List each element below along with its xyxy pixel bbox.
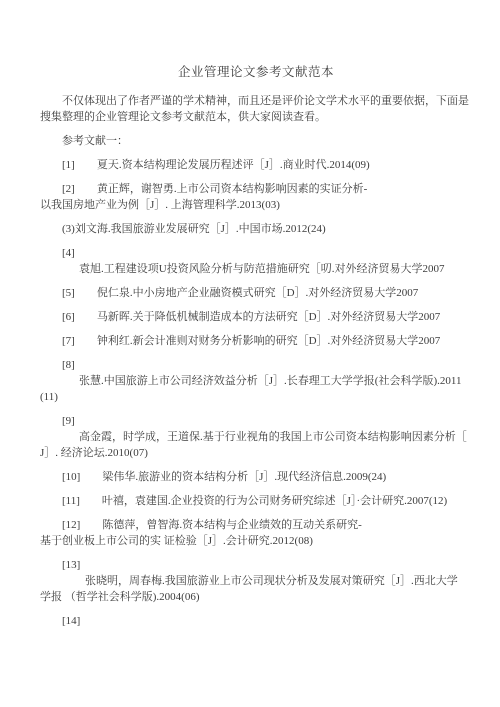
- reference-line: 以我国房地产业为例［J］. 上海管理科学.2013(03): [40, 197, 472, 213]
- reference-line: 张晓明，周春梅.我国旅游业上市公司现状分析及发展对策研究［J］.西北大学: [40, 573, 472, 589]
- reference-item: [10] 梁伟华.旅游业的资本结构分析［J］.现代经济信息.2009(24): [40, 469, 472, 485]
- intro-line: 不仅体现出了作者严谨的学术精神，而且还是评价论文学术水平的重要依据，下面是: [40, 93, 472, 109]
- reference-label: [13]: [40, 557, 472, 573]
- section-heading: 参考文献一：: [40, 133, 472, 149]
- reference-line: (3)刘文海.我国旅游业发展研究［J］.中国市场.2012(24): [40, 221, 472, 237]
- reference-line: [1] 夏天.资本结构理论发展历程述评［J］.商业时代.2014(09): [40, 157, 472, 173]
- reference-line: J］. 经济论坛.2010(07): [40, 445, 472, 461]
- reference-line: 张慧.中国旅游上市公司经济效益分析［J］.长春理工大学学报(社会科学版).201…: [40, 373, 472, 389]
- reference-line: 基于创业板上市公司的实 证检验［J］.会计研究.2012(08): [40, 533, 472, 549]
- intro-paragraph: 不仅体现出了作者严谨的学术精神，而且还是评价论文学术水平的重要依据，下面是 搜集…: [40, 93, 472, 125]
- reference-line: 袁旭.工程建设项U投资风险分析与防范措施研究［叨.对外经济贸易大学2007: [40, 261, 472, 277]
- reference-line: [11] 叶禧，袁建国.企业投资的行为公司财务研究综述［J］·会计研究.2007…: [40, 493, 472, 509]
- reference-item: [9] 高金霞，时学成，王道保.基于行业视角的我国上市公司资本结构影响因素分析［…: [40, 413, 472, 461]
- reference-item: [12] 陈德萍，曾智海.资本结构与企业绩效的互动关系研究- 基于创业板上市公司…: [40, 517, 472, 549]
- section-heading-block: 参考文献一：: [40, 133, 472, 149]
- page-title: 企业管理论文参考文献范本: [40, 63, 472, 81]
- reference-item: [8] 张慧.中国旅游上市公司经济效益分析［J］.长春理工大学学报(社会科学版)…: [40, 357, 472, 405]
- reference-line: 高金霞，时学成，王道保.基于行业视角的我国上市公司资本结构影响因素分析［: [40, 429, 472, 445]
- reference-item: [13] 张晓明，周春梅.我国旅游业上市公司现状分析及发展对策研究［J］.西北大…: [40, 557, 472, 605]
- reference-line: [7] 钟利红.新会计准则对财务分析影响的研究［D］.对外经济贸易大学2007: [40, 333, 472, 349]
- reference-item: [2] 黄正辉，谢智勇.上市公司资本结构影响因素的实证分析- 以我国房地产业为例…: [40, 181, 472, 213]
- reference-line: [10] 梁伟华.旅游业的资本结构分析［J］.现代经济信息.2009(24): [40, 469, 472, 485]
- reference-item: [4] 袁旭.工程建设项U投资风险分析与防范措施研究［叨.对外经济贸易大学200…: [40, 245, 472, 277]
- reference-line: [2] 黄正辉，谢智勇.上市公司资本结构影响因素的实证分析-: [40, 181, 472, 197]
- reference-item: [7] 钟利红.新会计准则对财务分析影响的研究［D］.对外经济贸易大学2007: [40, 333, 472, 349]
- reference-line: [6] 马新晖.关于降低机械制造成本的方法研究［D］.对外经济贸易大学2007: [40, 309, 472, 325]
- reference-item: [14]: [40, 613, 472, 629]
- reference-label: [4]: [40, 245, 472, 261]
- reference-line: [5] 倪仁泉.中小房地产企业融资模式研究［D］.对外经济贸易大学2007: [40, 285, 472, 301]
- reference-item: (3)刘文海.我国旅游业发展研究［J］.中国市场.2012(24): [40, 221, 472, 237]
- reference-label: [9]: [40, 413, 472, 429]
- reference-label: [14]: [40, 613, 472, 629]
- document-page: 企业管理论文参考文献范本 不仅体现出了作者严谨的学术精神，而且还是评价论文学术水…: [0, 0, 500, 707]
- reference-item: [11] 叶禧，袁建国.企业投资的行为公司财务研究综述［J］·会计研究.2007…: [40, 493, 472, 509]
- reference-line: [12] 陈德萍，曾智海.资本结构与企业绩效的互动关系研究-: [40, 517, 472, 533]
- reference-line: 学报 （哲学社会科学版).2004(06): [40, 589, 472, 605]
- reference-item: [1] 夏天.资本结构理论发展历程述评［J］.商业时代.2014(09): [40, 157, 472, 173]
- intro-line: 搜集整理的企业管理论文参考文献范本，供大家阅读查看。: [40, 109, 472, 125]
- reference-item: [5] 倪仁泉.中小房地产企业融资模式研究［D］.对外经济贸易大学2007: [40, 285, 472, 301]
- reference-line: (11): [40, 389, 472, 405]
- reference-label: [8]: [40, 357, 472, 373]
- reference-item: [6] 马新晖.关于降低机械制造成本的方法研究［D］.对外经济贸易大学2007: [40, 309, 472, 325]
